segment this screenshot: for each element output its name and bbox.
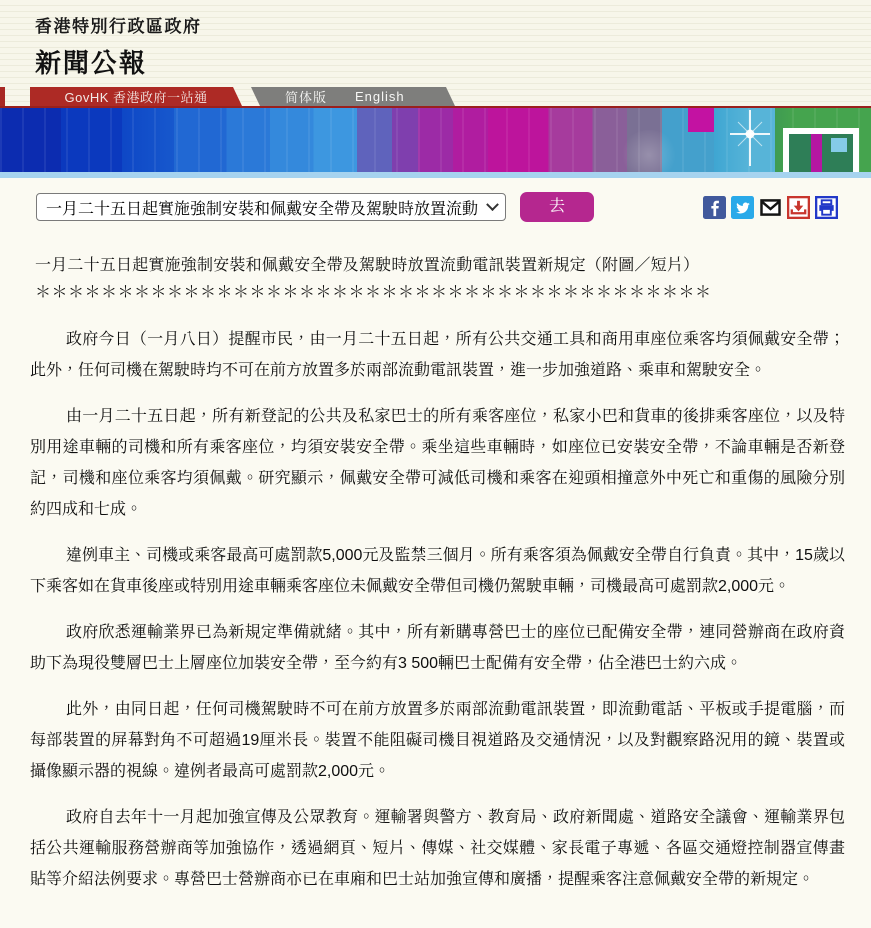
banner-image [0, 106, 871, 172]
top-nav: GovHK 香港政府一站通 简体版 English [0, 87, 871, 106]
go-button[interactable]: 去 [520, 192, 594, 222]
government-title: 香港特別行政區政府 [35, 12, 871, 37]
article-body: 政府今日（一月八日）提醒市民，由一月二十五日起，所有公共交通工具和商用車座位乘客… [30, 324, 845, 895]
news-select-value: 一月二十五日起實施強制安裝和佩戴安全帶及駕駛時放置流動 [46, 196, 482, 219]
article-paragraph: 政府欣悉運輸業界已為新規定準備就緒。其中，所有新購專營巴士的座位已配備安全帶，連… [30, 617, 845, 679]
masthead: 香港特別行政區政府 新聞公報 [0, 0, 871, 80]
banner-frame-decoration [783, 128, 859, 172]
link-simplified-chinese[interactable]: 简体版 [285, 87, 327, 106]
article-paragraph: 違例車主、司機或乘客最高可處罰款5,000元及監禁三個月。所有乘客須為佩戴安全帶… [30, 540, 845, 602]
article-paragraph: 此外，由同日起，任何司機駕駛時不可在前方放置多於兩部流動電訊裝置，即流動電話、平… [30, 694, 845, 787]
banner-frame-stripe [811, 134, 822, 172]
banner-frame-square [831, 138, 847, 152]
facebook-icon[interactable] [703, 196, 726, 219]
twitter-icon[interactable] [731, 196, 754, 219]
press-release-article: 一月二十五日起實施強制安裝和佩戴安全帶及駕駛時放置流動電訊裝置新規定（附圖／短片… [0, 252, 871, 895]
bookmark-icon[interactable] [787, 196, 810, 219]
edge-accent [0, 87, 5, 106]
article-title: 一月二十五日起實施強制安裝和佩戴安全帶及駕駛時放置流動電訊裝置新規定（附圖／短片… [35, 252, 845, 275]
chevron-down-icon [486, 198, 499, 211]
article-paragraph: 由一月二十五日起，所有新登記的公共及私家巴士的所有乘客座位，私家小巴和貨車的後排… [30, 401, 845, 525]
article-divider: ＊＊＊＊＊＊＊＊＊＊＊＊＊＊＊＊＊＊＊＊＊＊＊＊＊＊＊＊＊＊＊＊＊＊＊＊＊＊＊＊… [35, 279, 845, 302]
article-paragraph: 政府自去年十一月起加強宣傳及公眾教育。運輸署與警方、教育局、政府新聞處、道路安全… [30, 802, 845, 895]
article-paragraph: 政府今日（一月八日）提醒市民，由一月二十五日起，所有公共交通工具和商用車座位乘客… [30, 324, 845, 386]
tab-govhk-label: GovHK 香港政府一站通 [64, 87, 207, 106]
link-english[interactable]: English [355, 89, 405, 104]
tab-govhk[interactable]: GovHK 香港政府一站通 [30, 87, 242, 106]
banner-magenta-square [688, 108, 714, 132]
sparkle-icon [728, 108, 772, 168]
print-icon[interactable] [815, 196, 838, 219]
page-title: 新聞公報 [35, 43, 871, 80]
banner-bottom-strip [0, 172, 871, 178]
masthead-area: 香港特別行政區政府 新聞公報 GovHK 香港政府一站通 简体版 English [0, 0, 871, 106]
email-icon[interactable] [759, 196, 782, 219]
tab-language: 简体版 English [251, 87, 455, 106]
news-select[interactable]: 一月二十五日起實施強制安裝和佩戴安全帶及駕駛時放置流動 [36, 193, 506, 221]
share-icons [703, 196, 838, 219]
main-content: 一月二十五日起實施強制安裝和佩戴安全帶及駕駛時放置流動 去 [0, 192, 871, 895]
news-toolbar: 一月二十五日起實施強制安裝和佩戴安全帶及駕駛時放置流動 去 [36, 192, 838, 222]
banner-glow-decoration [620, 130, 678, 172]
